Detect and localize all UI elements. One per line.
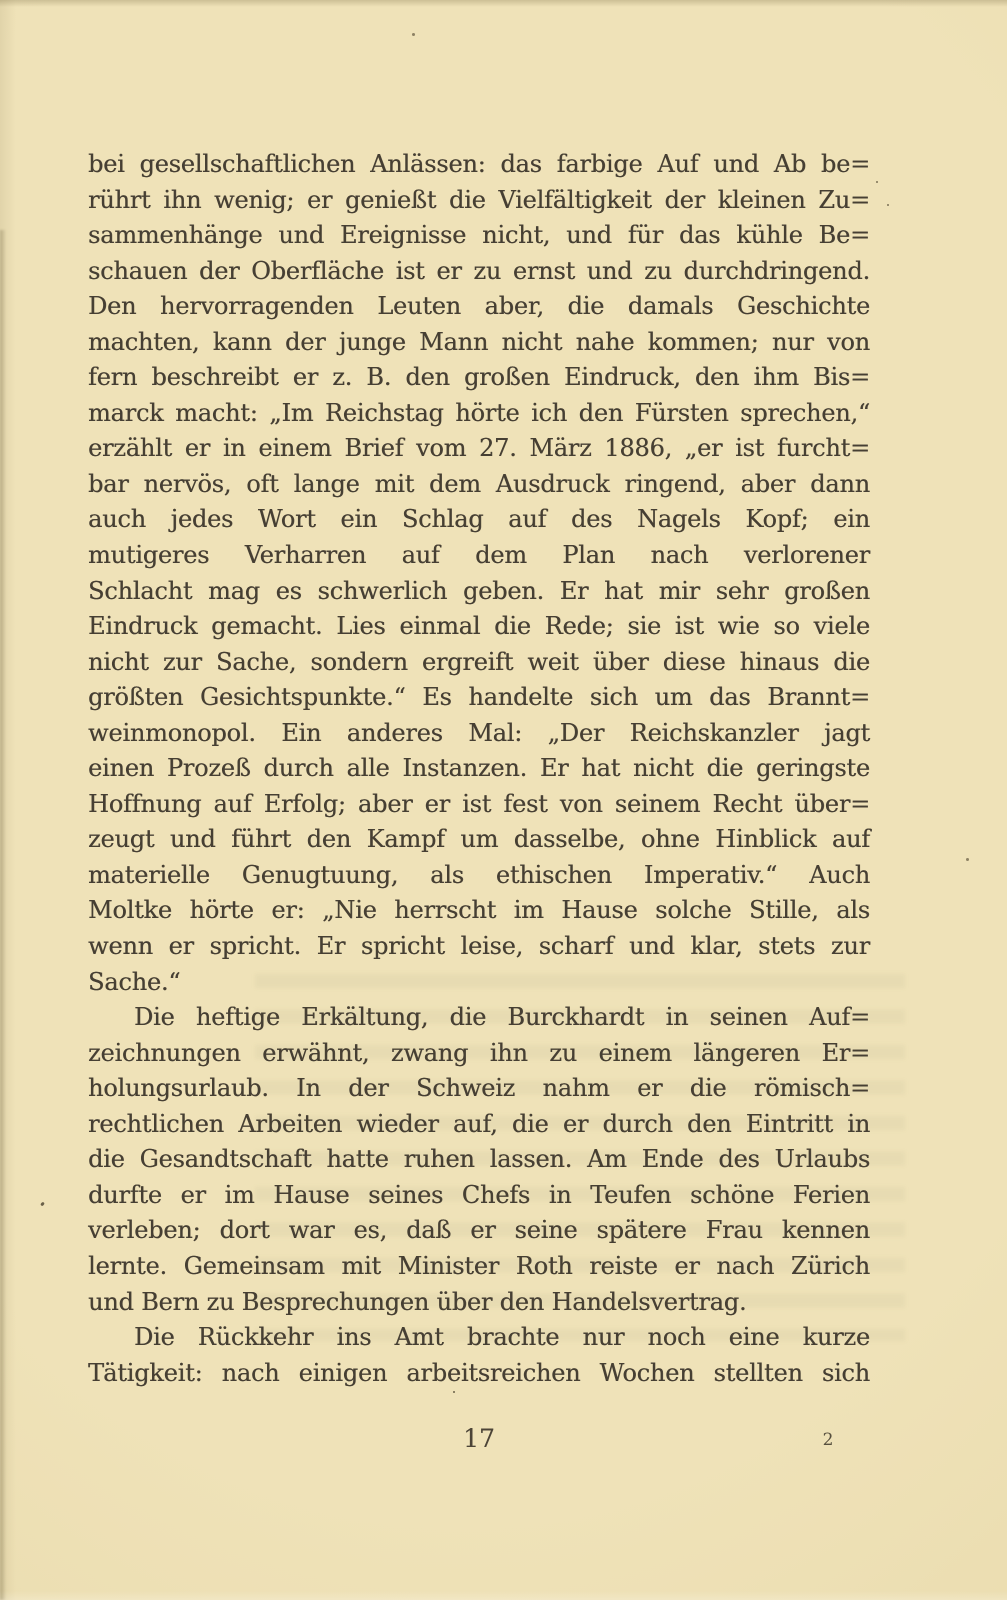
word: um	[460, 822, 498, 858]
word: erzählt	[88, 431, 172, 467]
word: war	[289, 1213, 335, 1249]
word: Am	[587, 1142, 627, 1178]
word: er:	[271, 893, 304, 929]
word: Roth	[516, 1249, 573, 1285]
word: ein	[340, 502, 377, 538]
word: er	[637, 1071, 662, 1107]
text-line: DieheftigeErkältung,dieBurckhardtinseine…	[88, 1000, 870, 1036]
word: damals	[628, 289, 714, 325]
word: er	[293, 360, 318, 396]
word: sprechen,“	[740, 396, 870, 432]
word: genießt	[345, 183, 436, 219]
word: das	[500, 147, 541, 183]
word: Oberfläche	[251, 254, 384, 290]
text-line: DieRückkehrinsAmtbrachtenurnocheinekurze	[88, 1320, 870, 1356]
word: seinen	[710, 1000, 788, 1036]
word: lange	[294, 467, 360, 503]
word: Eintritt	[746, 1107, 833, 1143]
word: scharf	[539, 929, 614, 965]
word: März	[529, 431, 591, 467]
word: großen	[784, 574, 870, 610]
word: zu	[473, 254, 501, 290]
word: er	[181, 1178, 206, 1214]
word: erwähnt,	[262, 1036, 369, 1072]
word: ihn	[490, 1036, 528, 1072]
word: mir	[659, 574, 700, 610]
word: in	[549, 1178, 572, 1214]
paper-speck	[40, 1202, 45, 1207]
word: Imperativ.“	[644, 858, 777, 894]
text-line: marckmacht:„ImReichstaghörteichdenFürste…	[88, 396, 870, 432]
word: zeichnungen	[88, 1036, 241, 1072]
word: hinaus	[740, 645, 819, 681]
word: machten,	[88, 325, 199, 361]
word: ringend,	[625, 467, 726, 503]
word: Minister	[398, 1249, 499, 1285]
word: hörte	[189, 893, 253, 929]
word: Schlacht	[88, 574, 192, 610]
word: seinem	[615, 787, 700, 823]
word: er	[169, 929, 194, 965]
paper-speck	[453, 1391, 455, 1393]
word: Gemeinsam	[184, 1249, 325, 1285]
word: handelte	[468, 680, 573, 716]
page-number: 17	[88, 1424, 870, 1454]
word: „Der	[548, 716, 605, 752]
word: seine	[515, 1213, 578, 1249]
word: Urlaubs	[775, 1142, 870, 1178]
text-line: nichtzurSache,sondernergreiftweitüberdie…	[88, 645, 870, 681]
word: die	[833, 645, 870, 681]
word: über=	[794, 787, 870, 823]
word: das	[679, 218, 720, 254]
word: beschreibt	[151, 360, 278, 396]
word: aber	[741, 467, 796, 503]
text-line: beigesellschaftlichenAnlässen:dasfarbige…	[88, 147, 870, 183]
word: er	[425, 787, 450, 823]
word: dort	[219, 1213, 269, 1249]
word: Schlag	[402, 502, 484, 538]
word: brachte	[467, 1320, 560, 1356]
word: Prozeß	[167, 751, 251, 787]
word: wie	[718, 609, 760, 645]
word: mutigeres	[88, 538, 209, 574]
text-line: zeugtundführtdenKampfumdasselbe,ohneHinb…	[88, 822, 870, 858]
text-line: Schlachtmagesschwerlichgeben.Erhatmirseh…	[88, 574, 870, 610]
word: durch	[603, 1107, 673, 1143]
word: großen	[464, 360, 550, 396]
word: arbeitsreichen	[406, 1356, 580, 1392]
word: dem	[475, 538, 527, 574]
text-line: lernte.GemeinsammitMinisterRothreisteern…	[88, 1249, 870, 1285]
word: um	[655, 680, 693, 716]
word: Rede;	[545, 609, 614, 645]
word: den	[307, 822, 351, 858]
word: Reichskanzler	[630, 716, 799, 752]
word: solche	[655, 893, 731, 929]
word: einem	[258, 431, 331, 467]
word: so	[773, 609, 799, 645]
word: daß	[406, 1213, 451, 1249]
word: diese	[663, 645, 726, 681]
word: Tätigkeit:	[88, 1356, 202, 1392]
word: klar,	[690, 929, 742, 965]
word: sie	[627, 609, 661, 645]
word: Wochen	[600, 1356, 695, 1392]
word: Amt	[395, 1320, 444, 1356]
word: wenig;	[214, 183, 294, 219]
word: vom	[416, 431, 466, 467]
word: macht:	[175, 396, 258, 432]
text-line: rechtlichenArbeitenwiederauf,dieerdurchd…	[88, 1107, 870, 1143]
word: weit	[527, 645, 578, 681]
word: rührt	[88, 183, 151, 219]
word: aber,	[485, 289, 544, 325]
text-line: sammenhängeundEreignissenicht,undfürdask…	[88, 218, 870, 254]
word: eine	[729, 1320, 780, 1356]
word: schöne	[690, 1178, 774, 1214]
word: dem	[429, 467, 481, 503]
word: für	[628, 218, 663, 254]
word: Recht	[712, 787, 782, 823]
word: sich	[590, 680, 638, 716]
word: als	[430, 858, 464, 894]
word: er	[563, 1107, 588, 1143]
word: und	[278, 218, 324, 254]
word: gemacht.	[211, 609, 322, 645]
word: Nagels	[637, 502, 721, 538]
word: Lies	[336, 609, 385, 645]
word: jagt	[824, 716, 870, 752]
word: Eindruck	[88, 609, 197, 645]
word: heftige	[196, 1000, 280, 1036]
word: Ereignisse	[340, 218, 466, 254]
word: ich	[531, 396, 567, 432]
word: der	[664, 183, 704, 219]
word: sammenhänge	[88, 218, 262, 254]
word: den	[687, 1107, 731, 1143]
word: „Im	[269, 396, 313, 432]
word: als	[836, 893, 870, 929]
word: einigen	[299, 1356, 388, 1392]
word: Moltke	[88, 893, 172, 929]
word: hervorragenden	[160, 289, 354, 325]
word: Ferien	[793, 1178, 870, 1214]
word: Leuten	[377, 289, 461, 325]
word: die	[449, 183, 486, 219]
word: auf	[402, 538, 440, 574]
word: aber	[358, 787, 413, 823]
word: zwang	[391, 1036, 468, 1072]
text-line: fernbeschreibterz.B.dengroßenEindruck,de…	[88, 360, 870, 396]
word: Gesandtschaft	[140, 1142, 312, 1178]
word: ruhen	[404, 1142, 475, 1178]
text-line: DenhervorragendenLeutenaber,diedamalsGes…	[88, 289, 870, 325]
word: Chefs	[462, 1178, 530, 1214]
word: Erfolg;	[264, 787, 346, 823]
word: nur	[772, 325, 814, 361]
word: Fürsten	[635, 396, 729, 432]
word: zu	[549, 1036, 577, 1072]
page-text: beigesellschaftlichenAnlässen:dasfarbige…	[88, 147, 870, 1391]
word: ist	[735, 431, 764, 467]
word: Brief	[344, 431, 403, 467]
word: Sache,	[216, 645, 296, 681]
paper-speck	[966, 858, 969, 861]
word: kurze	[803, 1320, 870, 1356]
word: des	[718, 1142, 759, 1178]
word: Die	[134, 1320, 175, 1356]
word: ihn	[163, 183, 201, 219]
word: bar	[88, 467, 129, 503]
word: junge	[339, 325, 406, 361]
word: stets	[758, 929, 815, 965]
word: den	[405, 360, 449, 396]
word: mit	[375, 467, 414, 503]
word: Vielfältigkeit	[498, 183, 651, 219]
word: und	[713, 147, 759, 183]
word: verlorener	[744, 538, 870, 574]
word: Mal:	[468, 716, 522, 752]
word: lassen.	[490, 1142, 573, 1178]
text-line: mutigeresVerharrenaufdemPlannachverloren…	[88, 538, 870, 574]
word: Arbeiten	[238, 1107, 342, 1143]
word: kann	[213, 325, 272, 361]
word: auf	[213, 787, 251, 823]
word: die	[706, 751, 743, 787]
paper-speck	[412, 33, 415, 36]
word: er	[307, 183, 332, 219]
word: anderes	[347, 716, 443, 752]
text-line: Tätigkeit:nacheinigenarbeitsreichenWoche…	[88, 1356, 870, 1392]
word: Hinblick	[715, 822, 816, 858]
word: schauen	[88, 254, 187, 290]
word: ergreift	[422, 645, 513, 681]
word: den	[579, 396, 623, 432]
word: einmal	[399, 609, 480, 645]
word: im	[514, 893, 544, 929]
word: Er	[540, 751, 569, 787]
word: kommen;	[648, 325, 759, 361]
paper-speck	[876, 181, 878, 183]
word: marck	[88, 396, 164, 432]
word: nach	[650, 538, 708, 574]
word: Es	[422, 680, 451, 716]
word: „Nie	[322, 893, 377, 929]
word: nahm	[542, 1071, 609, 1107]
word: ernst	[513, 254, 575, 290]
word: mag	[208, 574, 260, 610]
word: Plan	[562, 538, 615, 574]
word: Zu=	[818, 183, 870, 219]
word: er	[436, 254, 461, 290]
word: Teufen	[590, 1178, 671, 1214]
word: Geschichte	[737, 289, 870, 325]
word: mit	[341, 1249, 380, 1285]
word: spätere	[596, 1213, 686, 1249]
word: nur	[582, 1320, 624, 1356]
word: kennen	[782, 1213, 870, 1249]
word: reiste	[589, 1249, 657, 1285]
word: den	[695, 360, 739, 396]
word: er	[674, 1249, 699, 1285]
text-line: Eindruckgemacht.LieseinmaldieRede;sieist…	[88, 609, 870, 645]
word: be=	[821, 147, 870, 183]
word: zeugt	[88, 822, 154, 858]
word: kühle	[736, 218, 802, 254]
word: es,	[353, 1213, 387, 1249]
word: der	[285, 325, 325, 361]
word: verleben;	[88, 1213, 200, 1249]
word: ist	[462, 787, 491, 823]
word: Auf=	[809, 1000, 870, 1036]
word: „er	[685, 431, 723, 467]
text-line: und Bern zu Besprechungen über den Hande…	[88, 1285, 870, 1321]
word: seines	[368, 1178, 443, 1214]
word: zu	[644, 254, 672, 290]
word: Gesichtspunkte.“	[200, 680, 406, 716]
word: Hause	[273, 1178, 349, 1214]
word: ein	[833, 502, 870, 538]
word: zur	[163, 645, 202, 681]
word: In	[296, 1071, 321, 1107]
word: jedes	[171, 502, 234, 538]
word: die	[512, 1107, 549, 1143]
text-line: rührtihnwenig;ergenießtdieVielfältigkeit…	[88, 183, 870, 219]
word: Anlässen:	[370, 147, 485, 183]
word: wenn	[88, 929, 153, 965]
word: fest	[503, 787, 547, 823]
word: geringste	[756, 751, 870, 787]
word: Rückkehr	[198, 1320, 314, 1356]
word: in	[223, 431, 246, 467]
word: und	[587, 254, 633, 290]
word: die	[88, 1142, 125, 1178]
word: in	[666, 1000, 689, 1036]
word: Brannt=	[767, 680, 870, 716]
word: er	[185, 431, 210, 467]
word: ohne	[641, 822, 700, 858]
word: materielle	[88, 858, 210, 894]
word: ist	[396, 254, 425, 290]
text-line: materielleGenugtuung,alsethischenImperat…	[88, 858, 870, 894]
word: hatte	[326, 1142, 388, 1178]
word: Er	[317, 929, 346, 965]
word: Instanzen.	[402, 751, 527, 787]
word: auch	[88, 502, 146, 538]
word: spricht.	[210, 929, 301, 965]
word: Reichstag	[325, 396, 444, 432]
word: gesellschaftlichen	[140, 147, 356, 183]
paper-speck	[887, 204, 889, 206]
word: Ende	[642, 1142, 704, 1178]
word: auf,	[453, 1107, 498, 1143]
word: Auf	[657, 147, 698, 183]
word: nach	[222, 1356, 280, 1392]
word: längeren	[693, 1036, 800, 1072]
text-line: einenProzeßdurchalleInstanzen.Erhatnicht…	[88, 751, 870, 787]
text-line: erzählterineinemBriefvom27.März1886,„eri…	[88, 431, 870, 467]
word: von	[827, 325, 870, 361]
word: der	[199, 254, 239, 290]
word: Den	[88, 289, 136, 325]
word: sehr	[716, 574, 769, 610]
text-line: zeichnungenerwähnt,zwangihnzueinemlänger…	[88, 1036, 870, 1072]
word: Ab	[774, 147, 806, 183]
word: schwerlich	[318, 574, 448, 610]
word: ethischen	[496, 858, 612, 894]
word: weinmonopol.	[88, 716, 256, 752]
word: und	[566, 218, 612, 254]
word: spricht	[361, 929, 445, 965]
word: Die	[134, 1000, 175, 1036]
word: rechtlichen	[88, 1107, 224, 1143]
word: lernte.	[88, 1249, 167, 1285]
word: nicht	[88, 645, 149, 681]
word: Er=	[821, 1036, 870, 1072]
word: einen	[88, 751, 154, 787]
word: nicht,	[482, 218, 550, 254]
text-line: Moltkehörteer:„NieherrschtimHausesolcheS…	[88, 893, 870, 929]
book-page: beigesellschaftlichenAnlässen:dasfarbige…	[0, 0, 1007, 1600]
word: holungsurlaub.	[88, 1071, 269, 1107]
word: es	[276, 574, 302, 610]
word: auf	[832, 822, 870, 858]
word: kleinen	[718, 183, 806, 219]
word: durfte	[88, 1178, 162, 1214]
word: Ein	[281, 716, 321, 752]
word: die	[449, 1000, 486, 1036]
word: geben.	[463, 574, 544, 610]
word: ins	[336, 1320, 371, 1356]
word: der	[348, 1071, 388, 1107]
word: einem	[599, 1036, 672, 1072]
word: Auch	[809, 858, 870, 894]
word: sondern	[310, 645, 407, 681]
word: dann	[810, 467, 870, 503]
word: nicht	[502, 325, 563, 361]
word: z.	[332, 360, 352, 396]
word: des	[571, 502, 612, 538]
word: farbige	[557, 147, 643, 183]
word: hörte	[455, 396, 519, 432]
word: wieder	[356, 1107, 438, 1143]
word: herrscht	[394, 893, 496, 929]
word: Ausdruck	[496, 467, 610, 503]
word: Kampf	[367, 822, 445, 858]
text-line: wennerspricht.Ersprichtleise,scharfundkl…	[88, 929, 870, 965]
word: furcht=	[777, 431, 870, 467]
text-line: größtenGesichtspunkte.“Eshandeltesichumd…	[88, 680, 870, 716]
word: die	[690, 1071, 727, 1107]
word: stellten	[714, 1356, 803, 1392]
word: durchdringend.	[684, 254, 870, 290]
text-line: dieGesandtschafthatteruhenlassen.AmEnded…	[88, 1142, 870, 1178]
word: Hoffnung	[88, 787, 201, 823]
word: das	[709, 680, 750, 716]
word: ihm	[754, 360, 799, 396]
word: Er	[560, 574, 589, 610]
signature-mark: 2	[810, 1430, 846, 1450]
word: sich	[822, 1356, 870, 1392]
word: B.	[366, 360, 391, 396]
text-line: holungsurlaub.InderSchweiznahmerdierömis…	[88, 1071, 870, 1107]
word: Stille,	[749, 893, 819, 929]
text-line: auchjedesWorteinSchlagaufdesNagelsKopf;e…	[88, 502, 870, 538]
word: über	[593, 645, 649, 681]
word: noch	[647, 1320, 705, 1356]
word: in	[847, 1107, 870, 1143]
